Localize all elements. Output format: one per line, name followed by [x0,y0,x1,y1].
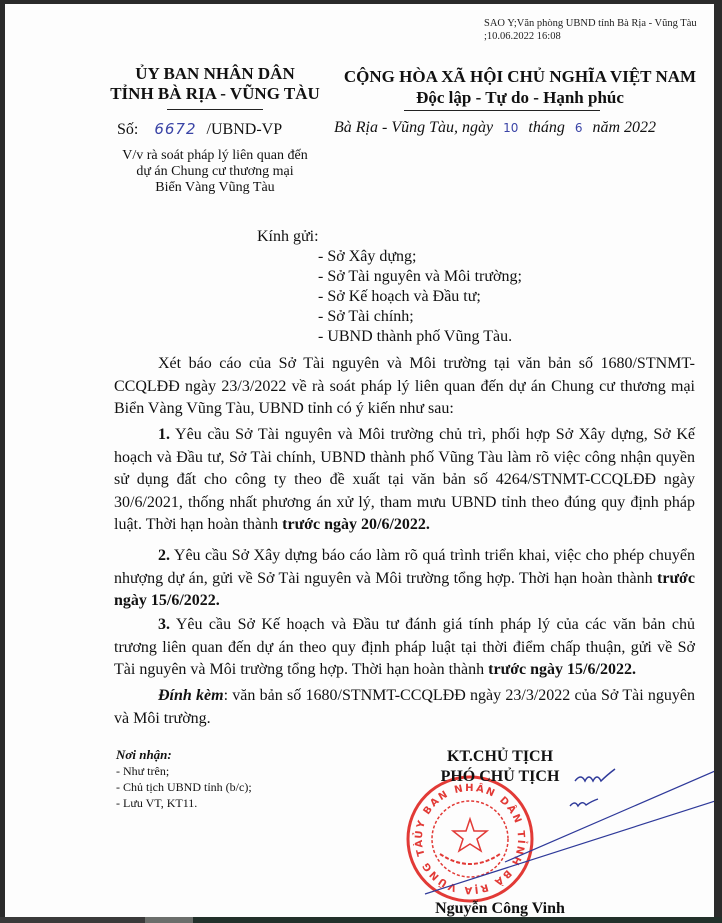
org-line1: ỦY BAN NHÂN DÂN [97,64,333,84]
viewer-bottom-strip [193,917,722,923]
distribution-item: - Lưu VT, KT11. [116,795,252,811]
item-text: Yêu cầu Sở Xây dựng báo cáo làm rõ quá t… [114,547,695,587]
national-motto: CỘNG HÒA XÃ HỘI CHỦ NGHĨA VIỆT NAM Độc l… [330,66,710,108]
item-number: 2. [158,547,170,564]
distribution-item: - Chủ tịch UBND tỉnh (b/c); [116,779,252,795]
item-number: 1. [158,426,170,443]
copy-stamp: SAO Y;Văn phòng UBND tỉnh Bà Rịa - Vũng … [484,17,714,43]
intro-text: Xét báo cáo của Sở Tài nguyên và Môi trư… [114,355,695,417]
subject-line1: V/v rà soát pháp lý liên quan đến [97,148,333,164]
viewer-bottom-bar [0,917,722,923]
directive-item-1: 1. Yêu cầu Sở Tài nguyên và Môi trường c… [114,424,695,537]
document-page: SAO Y;Văn phòng UBND tỉnh Bà Rịa - Vũng … [5,4,714,917]
year-label: năm 2022 [592,119,656,136]
recipient-item: - Sở Kế hoạch và Đầu tư; [318,287,522,307]
item-number: 3. [158,616,170,633]
motto-underline [404,110,600,111]
document-number: Số:6672/UBND-VP [117,120,282,139]
recipient-item: - Sở Tài nguyên và Môi trường; [318,267,522,287]
date-day: 10 [503,121,518,135]
signature-icon [405,754,714,914]
item-deadline: trước ngày 15/6/2022. [488,661,636,678]
directive-item-3: 3. Yêu cầu Sở Kế hoạch và Đầu tư đánh gi… [114,614,695,682]
directive-item-2: 2. Yêu cầu Sở Xây dựng báo cáo làm rõ qu… [114,545,695,613]
attachment-label: Đính kèm [158,687,224,704]
doc-number-label: Số: [117,121,138,138]
doc-number-handwritten: 6672 [154,120,196,138]
doc-number-suffix: /UBND-VP [207,121,283,138]
item-deadline: trước ngày 20/6/2022. [282,516,430,533]
copy-stamp-line1: SAO Y;Văn phòng UBND tỉnh Bà Rịa - Vũng … [484,17,714,30]
viewer-scroll-segment[interactable] [145,917,193,923]
document-subject: V/v rà soát pháp lý liên quan đến dự án … [97,148,333,196]
subject-line3: Biển Vàng Vũng Tàu [97,180,333,196]
attachment-note: Đính kèm: văn bản số 1680/STNMT-CCQLĐĐ n… [114,685,695,730]
recipient-item: - Sở Xây dựng; [318,247,522,267]
copy-stamp-line2: ;10.06.2022 16:08 [484,30,714,43]
recipient-item: - Sở Tài chính; [318,307,522,327]
subject-line2: dự án Chung cư thương mại [97,164,333,180]
place-and-date: Bà Rịa - Vũng Tàu, ngày10tháng6năm 2022 [334,119,656,137]
distribution-title: Nơi nhận: [116,747,252,763]
month-label: tháng [528,119,564,136]
issuing-organization: ỦY BAN NHÂN DÂN TỈNH BÀ RỊA - VŨNG TÀU [97,64,333,104]
recipient-item: - UBND thành phố Vũng Tàu. [318,327,522,347]
nation-line1: CỘNG HÒA XÃ HỘI CHỦ NGHĨA VIỆT NAM [330,66,710,87]
org-line2: TỈNH BÀ RỊA - VŨNG TÀU [97,84,333,104]
nation-line2: Độc lập - Tự do - Hạnh phúc [330,87,710,108]
recipients-label: Kính gửi: [257,228,319,246]
date-month: 6 [575,121,583,135]
distribution-list: Nơi nhận: - Như trên; - Chủ tịch UBND tỉ… [116,747,252,811]
distribution-item: - Như trên; [116,763,252,779]
intro-paragraph: Xét báo cáo của Sở Tài nguyên và Môi trư… [114,353,695,421]
org-underline [167,109,263,110]
recipients-list: - Sở Xây dựng; - Sở Tài nguyên và Môi tr… [318,247,522,347]
place-prefix: Bà Rịa - Vũng Tàu, ngày [334,119,493,136]
